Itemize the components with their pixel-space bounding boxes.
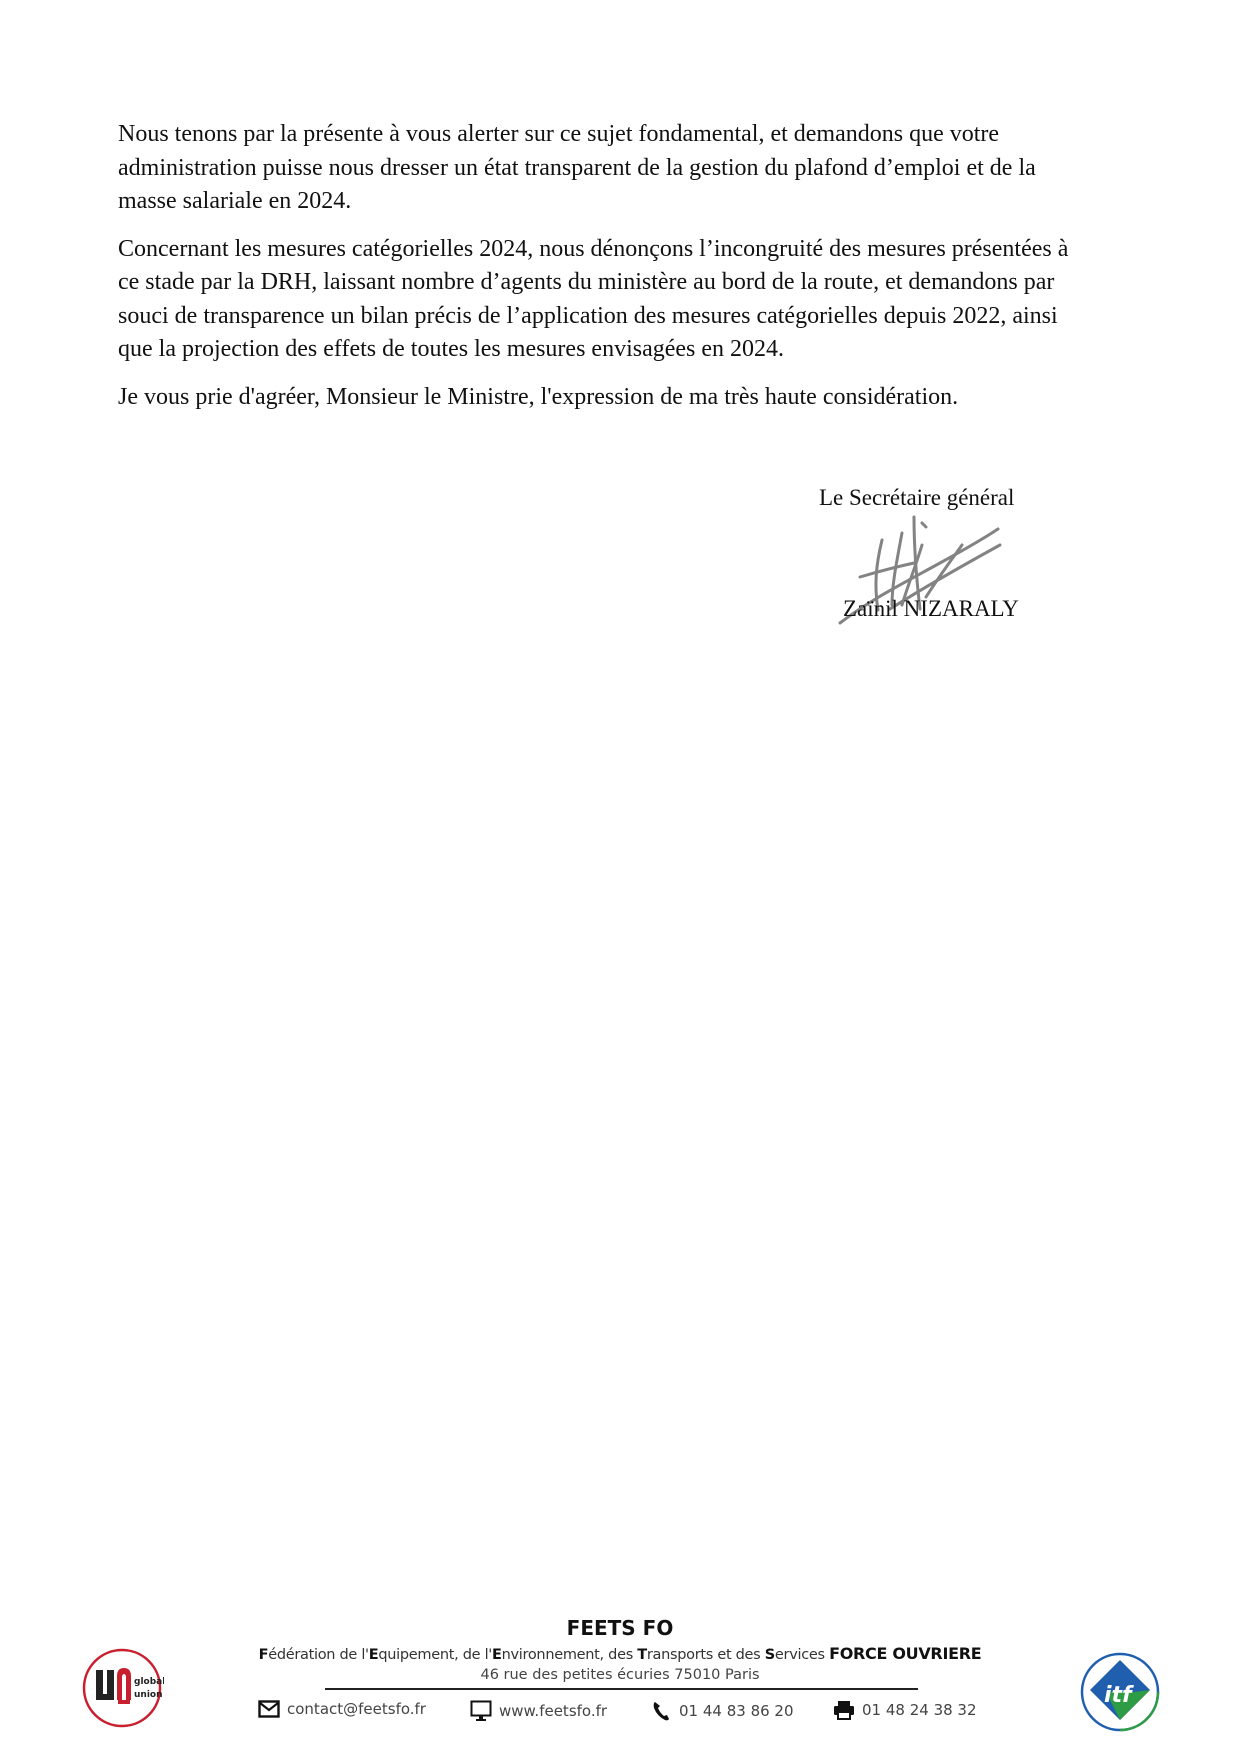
contact-row: contact@feetsfo.fr www.feetsfo.fr 01 44 … [258, 1700, 1018, 1730]
postal-address: 46 rue des petites écuries 75010 Paris [0, 1667, 1240, 1683]
federation-text: nvironnement, des [502, 1647, 638, 1663]
footer-divider [325, 1688, 918, 1690]
text-line: ce stade par la DRH, laissant nombre d’a… [118, 266, 1128, 300]
federation-full-name: Fédération de l'Equipement, de l'Environ… [0, 1644, 1240, 1663]
initial-letter: F [259, 1647, 269, 1663]
text-line: souci de transparence un bilan précis de… [118, 300, 1128, 334]
contact-website[interactable]: www.feetsfo.fr [470, 1700, 607, 1722]
initial-letter: T [637, 1647, 647, 1663]
federation-text: édération de l' [268, 1647, 369, 1663]
initial-letter: E [369, 1647, 379, 1663]
federation-text: ransports et des [647, 1647, 765, 1663]
contact-fax[interactable]: 01 48 24 38 32 [833, 1700, 977, 1720]
paragraph-measures: Concernant les mesures catégorielles 202… [118, 233, 1128, 367]
initial-letter: S [765, 1647, 775, 1663]
text-line: administration puisse nous dresser un ét… [118, 152, 1128, 186]
phone-number[interactable]: 01 44 83 86 20 [679, 1702, 794, 1720]
email-link[interactable]: contact@feetsfo.fr [287, 1700, 426, 1718]
text-line: masse salariale en 2024. [118, 185, 1128, 219]
paragraph-closing: Je vous prie d'agréer, Monsieur le Minis… [118, 381, 1128, 415]
signatory-name: Zaïnil NIZARALY [843, 596, 1019, 622]
contact-email[interactable]: contact@feetsfo.fr [258, 1700, 426, 1718]
phone-icon [652, 1700, 672, 1722]
printer-icon [833, 1700, 855, 1720]
website-link[interactable]: www.feetsfo.fr [499, 1702, 607, 1720]
initial-letter: E [492, 1647, 502, 1663]
federation-text: quipement, de l' [378, 1647, 492, 1663]
monitor-icon [470, 1700, 492, 1722]
text-line: Concernant les mesures catégorielles 202… [118, 233, 1128, 267]
text-line: que la projection des effets de toutes l… [118, 333, 1128, 367]
fax-number[interactable]: 01 48 24 38 32 [862, 1701, 977, 1719]
contact-phone[interactable]: 01 44 83 86 20 [652, 1700, 794, 1722]
federation-text: ervices [775, 1647, 829, 1663]
letter-body: Nous tenons par la présente à vous alert… [118, 118, 1128, 428]
paragraph-alert: Nous tenons par la présente à vous alert… [118, 118, 1128, 219]
force-ouvriere-label: FORCE OUVRIERE [829, 1644, 981, 1663]
envelope-icon [258, 1700, 280, 1718]
org-name: FEETS FO [0, 1616, 1240, 1640]
letterhead-footer: FEETS FO Fédération de l'Equipement, de … [0, 1610, 1240, 1754]
text-line: Nous tenons par la présente à vous alert… [118, 118, 1128, 152]
text-line: Je vous prie d'agréer, Monsieur le Minis… [118, 381, 1128, 415]
